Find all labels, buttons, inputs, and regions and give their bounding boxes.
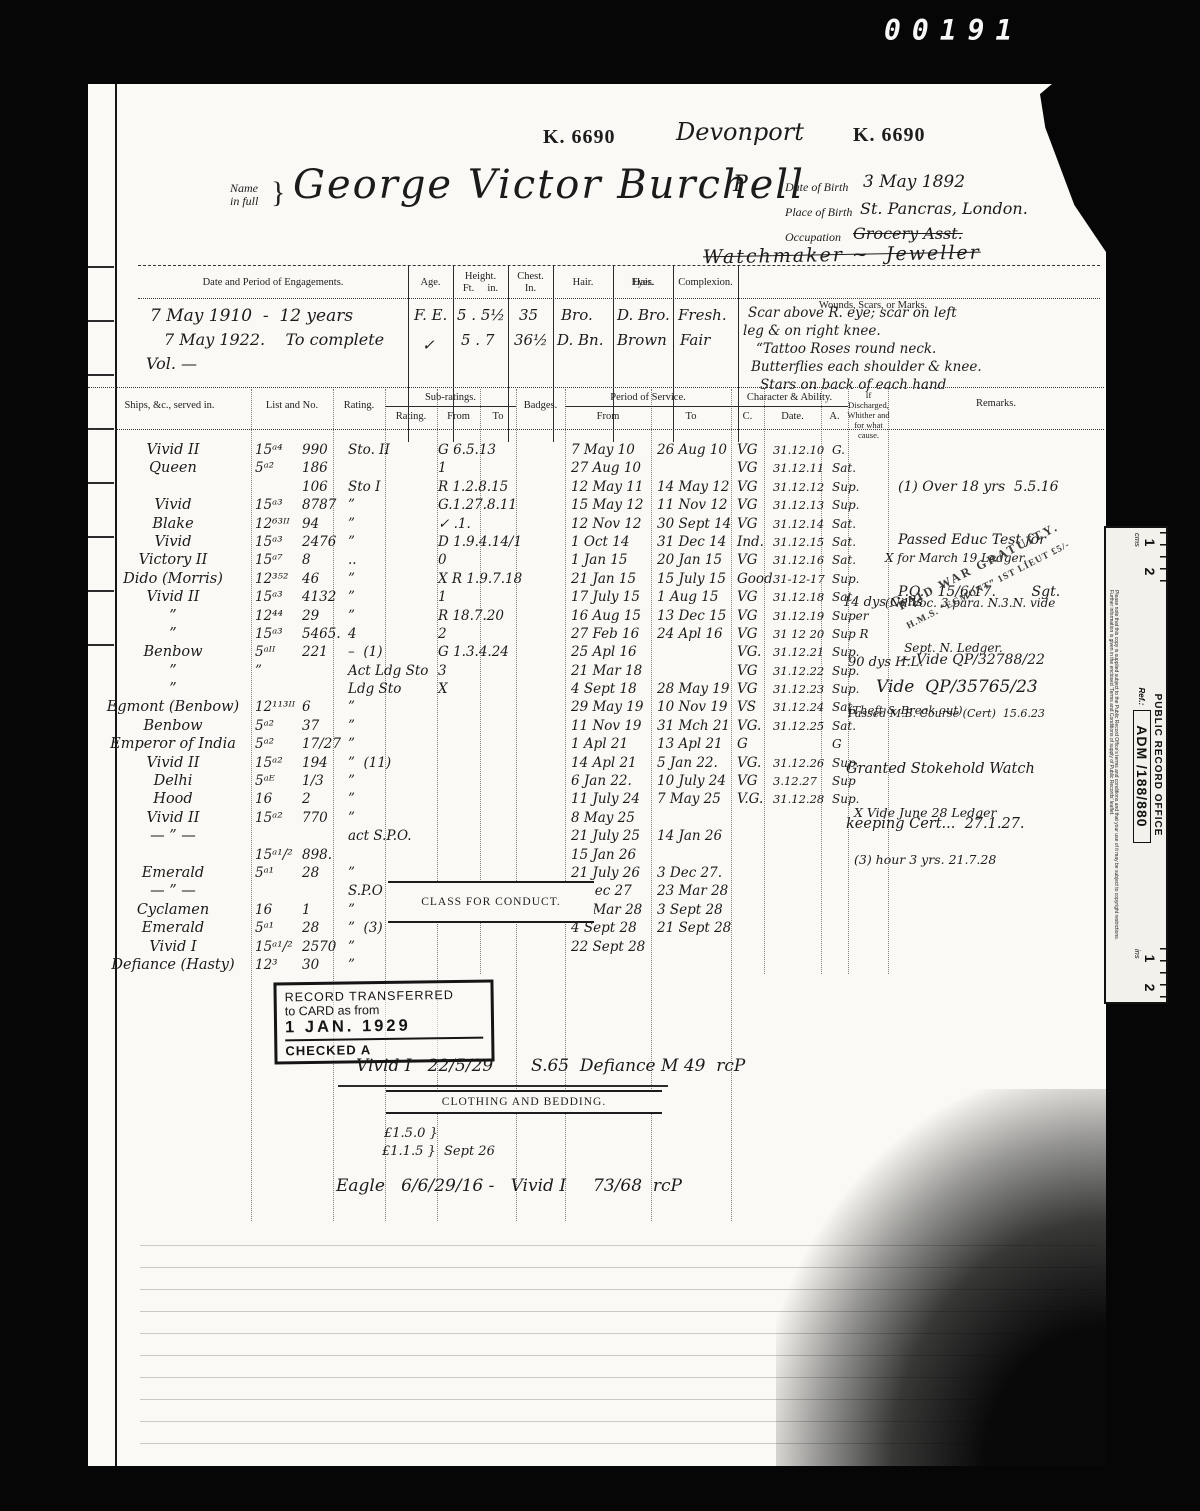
pob-value: St. Pancras, London. <box>860 199 1028 218</box>
character-date: 31.12.23 <box>773 681 831 698</box>
clothing-amount-2: £1.1.5 } Sept 26 <box>382 1144 495 1159</box>
service-to: 10 July 24 <box>657 773 737 790</box>
ability: Sup. <box>832 497 892 514</box>
service-from: 7 May 10 <box>571 442 655 459</box>
underline <box>338 1085 668 1087</box>
rating: Ldg Sto <box>348 681 438 698</box>
character-date: 31.12.22 <box>773 663 831 680</box>
service-to: 13 Dec 15 <box>657 608 737 625</box>
character: VG <box>737 460 771 477</box>
ship-name: Victory II <box>92 552 254 569</box>
service-from: 21 Mar 18 <box>571 663 655 680</box>
ship-name: Benbow <box>92 644 254 661</box>
ship-name: Vivid II <box>92 442 254 459</box>
character-date: 31.12.16 <box>773 552 831 569</box>
character-date: 31.12.14 <box>773 516 831 533</box>
k-number-right: K. 6690 <box>853 124 926 147</box>
ability: Sup. <box>832 479 892 496</box>
ship-name: Vivid II <box>92 810 254 827</box>
port-name: Devonport <box>676 118 804 146</box>
rating: ” <box>348 534 438 551</box>
badges: G 1.3.4.24 <box>438 644 568 661</box>
eagle-note: Eagle 6/6/29/16 - Vivid I 73/68 rcP <box>336 1176 682 1196</box>
service-from: 29 May 19 <box>571 699 655 716</box>
rating: ” <box>348 939 438 956</box>
official-number: 770 <box>302 810 346 827</box>
character: VG <box>737 497 771 514</box>
service-from: 11 Nov 19 <box>571 718 655 735</box>
service-from: 25 Apl 16 <box>571 644 655 661</box>
ship-name: Delhi <box>92 773 254 790</box>
service-to: 15 July 15 <box>657 571 737 588</box>
badges: X <box>438 681 568 698</box>
character-date: 31-12-17 <box>773 571 831 588</box>
character-date: 31.12.21 <box>773 644 831 661</box>
ability: Sat. <box>832 534 892 551</box>
scan-black-corner <box>1040 84 1106 252</box>
ref-value: ADM /188/880 <box>1133 710 1151 842</box>
ship-name: Queen <box>92 460 254 477</box>
pro-terms-text: Please note that this copy is supplied s… <box>1107 590 1118 940</box>
service-from: 1 Oct 14 <box>571 534 655 551</box>
official-number: 4132 <box>302 589 346 606</box>
list-number: 15ᵃ² <box>255 810 301 827</box>
character: V.G. <box>737 791 771 808</box>
name-label: Name in full <box>230 182 258 208</box>
rating: .. <box>348 552 438 569</box>
rating: ” <box>348 516 438 533</box>
ship-name: Emerald <box>92 920 254 937</box>
rating: 4 <box>348 626 438 643</box>
remark-note: Vide QP/35765/23 <box>876 677 1038 698</box>
list-number: 12³ <box>255 957 301 974</box>
service-to: 10 Nov 19 <box>657 699 737 716</box>
pro-office-title: PUBLIC RECORD OFFICE <box>1152 586 1163 944</box>
official-number: 221 <box>302 644 346 661</box>
official-number: 5465. <box>302 626 346 643</box>
character: VG. <box>737 644 771 661</box>
ship-name: Benbow <box>92 718 254 735</box>
character: VG <box>737 663 771 680</box>
official-number: 30 <box>302 957 346 974</box>
rating: ” <box>348 589 438 606</box>
class-for-conduct-header: CLASS FOR CONDUCT. <box>388 881 594 923</box>
service-to: 31 Mch 21 <box>657 718 737 735</box>
service-to: 23 Mar 28 <box>657 883 737 900</box>
service-from: 12 May 11 <box>571 479 655 496</box>
service-to: 13 Apl 21 <box>657 736 737 753</box>
service-to: 28 May 19 <box>657 681 737 698</box>
badges: 1 <box>438 460 568 477</box>
check-mark: ✓ <box>422 336 435 354</box>
rating: ” <box>348 865 438 882</box>
transfer-note: Vivid I 22/5/29 S.65 Defiance M 49 rcP <box>356 1056 745 1076</box>
occupation-label: Occupation <box>785 230 841 245</box>
character: VG <box>737 773 771 790</box>
rating: ” <box>348 736 438 753</box>
list-number: 12³⁵² <box>255 571 301 588</box>
rating: ” <box>348 791 438 808</box>
character: VG. <box>737 755 771 772</box>
badges: R 18.7.20 <box>438 608 568 625</box>
list-number: 12⁶³ᴵᴵ <box>255 516 301 533</box>
service-row: Defiance (Hasty) 12³ 30 ” <box>88 957 1104 975</box>
ship-name: Hood <box>92 791 254 808</box>
character: Good <box>737 571 771 588</box>
remark-note: ~ Vide QP/32788/22 <box>900 652 1045 670</box>
service-from: 4 Sept 18 <box>571 681 655 698</box>
official-number: 8787 <box>302 497 346 514</box>
ship-name: ” <box>92 663 254 680</box>
service-to: 30 Sept 14 <box>657 516 737 533</box>
official-number: 1 <box>302 902 346 919</box>
full-name: George Victor Burchell <box>293 162 805 208</box>
scanned-service-record: 00191 K. 6690 Devonport K. 6690 Name in … <box>0 0 1200 1511</box>
hair-header: Hair. <box>553 277 613 288</box>
rating: Sto I <box>348 479 438 496</box>
ship-name: Emerald <box>92 865 254 882</box>
service-from: 12 Nov 12 <box>571 516 655 533</box>
list-number: ” <box>255 663 301 680</box>
character-date: 31.12.10 <box>773 442 831 459</box>
rating: Act Ldg Sto <box>348 663 438 680</box>
character-date: 31.12.15 <box>773 534 831 551</box>
official-number: 106 <box>302 479 346 496</box>
service-from: 16 Aug 15 <box>571 608 655 625</box>
badges: 2 <box>438 626 568 643</box>
ship-name: Defiance (Hasty) <box>92 957 254 974</box>
service-to: 21 Sept 28 <box>657 920 737 937</box>
ability: G. <box>832 442 892 459</box>
ship-name: ” <box>92 681 254 698</box>
ship-name: Cyclamen <box>92 902 254 919</box>
list-number: 5ᵃ² <box>255 718 301 735</box>
ship-name: Egmont (Benbow) <box>92 699 254 716</box>
character: VG <box>737 479 771 496</box>
service-from: 14 Apl 21 <box>571 755 655 772</box>
ability: Sat. <box>832 552 892 569</box>
occupation-struck: Grocery Asst. <box>853 224 963 243</box>
service-from: 17 July 15 <box>571 589 655 606</box>
character: Ind. <box>737 534 771 551</box>
remark-note: Passed M.B. Course (Cert) 15.6.23 <box>848 707 1045 721</box>
list-number: 16 <box>255 902 301 919</box>
clothing-and-bedding-header: CLOTHING AND BEDDING. <box>386 1090 662 1114</box>
official-number: 2570 <box>302 939 346 956</box>
character-date: 31.12.18 <box>773 589 831 606</box>
list-number: 15ᵃ³ <box>255 534 301 551</box>
list-number: 5ᵃ² <box>255 736 301 753</box>
service-row: Emerald 5ᵃ¹ 28 ” (3) 4 Sept 28 21 Sept 2… <box>88 920 1104 938</box>
service-to: 3 Sept 28 <box>657 902 737 919</box>
service-from: 1 Jan 15 <box>571 552 655 569</box>
service-to: 14 May 12 <box>657 479 737 496</box>
badges: 0 <box>438 552 568 569</box>
service-from: 21 Jan 15 <box>571 571 655 588</box>
character: G <box>737 736 771 753</box>
character: VG <box>737 608 771 625</box>
service-row: Cyclamen 16 1 ” 24 Mar 28 3 Sept 28 <box>88 902 1104 920</box>
service-from: 22 Sept 28 <box>571 939 655 956</box>
rating: act S.P.O. <box>348 828 438 845</box>
badges: 3 <box>438 663 568 680</box>
ship-name: Dido (Morris) <box>92 571 254 588</box>
official-number: 6 <box>302 699 346 716</box>
service-to: 24 Apl 16 <box>657 626 737 643</box>
badges: G 6.5.13 <box>438 442 568 459</box>
service-to: 20 Jan 15 <box>657 552 737 569</box>
list-number: 5ᵃ² <box>255 460 301 477</box>
ship-name: Vivid II <box>92 755 254 772</box>
service-to: 3 Dec 27. <box>657 865 737 882</box>
list-number: 15ᵃ² <box>255 755 301 772</box>
character-date: 31.12.25 <box>773 718 831 735</box>
ship-name: Vivid II <box>92 589 254 606</box>
service-to: 11 Nov 12 <box>657 497 737 514</box>
k-number-left: K. 6690 <box>543 126 616 149</box>
list-number: 12⁴⁴ <box>255 608 301 625</box>
official-number: 28 <box>302 865 346 882</box>
character-date: 31 12 20 <box>773 626 831 643</box>
ship-name: — ” — <box>92 828 254 845</box>
ability: Sup. <box>832 571 892 588</box>
character-date: 31.12.28 <box>773 791 831 808</box>
character-date: 31.12.11 <box>773 460 831 477</box>
service-from: 11 July 24 <box>571 791 655 808</box>
character-date: 31.12.12 <box>773 479 831 496</box>
service-row: Vivid I 15ᵃ¹/² 2570 ” 22 Sept 28 <box>88 939 1104 957</box>
character-date: 31.12.26 <box>773 755 831 772</box>
rating: ” <box>348 718 438 735</box>
character: VG <box>737 516 771 533</box>
dob-value: 3 May 1892 <box>863 172 965 192</box>
cm-ruler: 1 2 cms <box>1106 528 1166 586</box>
list-number: 16 <box>255 791 301 808</box>
service-from: 6 Jan 22. <box>571 773 655 790</box>
rating: ” <box>348 497 438 514</box>
service-from: 21 July 25 <box>571 828 655 845</box>
official-number: 28 <box>302 920 346 937</box>
list-number: 12¹¹³ᴵᴵ <box>255 699 301 716</box>
service-from: 21 July 26 <box>571 865 655 882</box>
list-number: 5ᵃ¹ <box>255 865 301 882</box>
rating: – (1) <box>348 644 438 661</box>
record-page: K. 6690 Devonport K. 6690 Name in full }… <box>88 84 1106 1466</box>
service-to: 31 Dec 14 <box>657 534 737 551</box>
list-number: 5ᵃᴱ <box>255 773 301 790</box>
ship-name: Vivid <box>92 497 254 514</box>
rating: ” <box>348 699 438 716</box>
rating: ” <box>348 773 438 790</box>
service-to: 14 Jan 26 <box>657 828 737 845</box>
service-from: 27 Feb 16 <box>571 626 655 643</box>
rating: ” <box>348 608 438 625</box>
remark-note: X Vide June 28 Ledger (3) hour 3 yrs. 21… <box>854 774 997 899</box>
character-date: 31.12.19 <box>773 608 831 625</box>
official-number: 37 <box>302 718 346 735</box>
discharged-header: If Discharged, Whither and for what caus… <box>847 390 890 440</box>
character: VG. <box>737 718 771 735</box>
rating: ” <box>348 810 438 827</box>
character-date: 3.12.27 <box>773 773 831 790</box>
official-number: 898. <box>302 847 346 864</box>
official-number: 2476 <box>302 534 346 551</box>
service-from: 27 Aug 10 <box>571 460 655 477</box>
record-transferred-stamp: RECORD TRANSFERRED to CARD as from 1 JAN… <box>273 979 494 1064</box>
service-from: 1 Apl 21 <box>571 736 655 753</box>
badges: G.1.27.8.11 <box>438 497 568 514</box>
official-number: 1/3 <box>302 773 346 790</box>
badges: 1 <box>438 589 568 606</box>
list-number: 5ᵃ¹ <box>255 920 301 937</box>
list-number: 15ᵃ¹/² <box>255 939 301 956</box>
ability: Sat. <box>832 460 892 477</box>
list-number: 15ᵃ³ <box>255 589 301 606</box>
pob-label: Place of Birth <box>785 205 852 220</box>
rating: ” <box>348 571 438 588</box>
list-number: 15ᵃ⁷ <box>255 552 301 569</box>
badges: ✓ .1. <box>438 516 568 533</box>
inch-ruler: 1 2 ins <box>1106 944 1166 1002</box>
dob-label: Date of Birth <box>785 180 848 195</box>
badges: X R 1.9.7.18 <box>438 571 568 588</box>
official-number: 186 <box>302 460 346 477</box>
ship-name: Vivid I <box>92 939 254 956</box>
character: VG <box>737 589 771 606</box>
list-number: 15ᵃ³ <box>255 497 301 514</box>
rating: ” (11) <box>348 755 438 772</box>
badges: R 1.2.8.15 <box>438 479 568 496</box>
official-number: 46 <box>302 571 346 588</box>
service-to: 26 Aug 10 <box>657 442 737 459</box>
official-number: 8 <box>302 552 346 569</box>
list-number: 15ᵃ¹/² <box>255 847 301 864</box>
character: VG <box>737 442 771 459</box>
official-number: 194 <box>302 755 346 772</box>
badges: D 1.9.4.14/1 <box>438 534 568 551</box>
character: VG <box>737 552 771 569</box>
name-suffix: P <box>733 172 748 197</box>
ship-name: — ” — <box>92 883 254 900</box>
list-number: 15ᵃ³ <box>255 626 301 643</box>
ship-name: Emperor of India <box>92 736 254 753</box>
name-brace: } <box>271 176 285 210</box>
pro-reference-label: 1 2 cms PUBLIC RECORD OFFICE Ref.: ADM /… <box>1104 526 1168 1004</box>
service-from: 15 May 12 <box>571 497 655 514</box>
rating: Sto. II <box>348 442 438 459</box>
official-number: 990 <box>302 442 346 459</box>
character: VS <box>737 699 771 716</box>
service-from: 15 Jan 26 <box>571 847 655 864</box>
ship-name: Blake <box>92 516 254 533</box>
ship-name: Vivid <box>92 534 254 551</box>
character: VG <box>737 681 771 698</box>
ship-name: ” <box>92 626 254 643</box>
official-number: 2 <box>302 791 346 808</box>
frame-number: 00191 <box>884 14 1023 47</box>
list-number: 15ᵃ⁴ <box>255 442 301 459</box>
service-to: 1 Aug 15 <box>657 589 737 606</box>
ship-name: ” <box>92 608 254 625</box>
official-number: 17/27 <box>302 736 346 753</box>
clothing-amount-1: £1.5.0 } <box>384 1126 438 1141</box>
scan-noise-corner <box>776 1089 1106 1466</box>
service-from: 8 May 25 <box>571 810 655 827</box>
official-number: 29 <box>302 608 346 625</box>
ref-label: Ref.: <box>1138 687 1147 705</box>
official-number: 94 <box>302 516 346 533</box>
service-to: 7 May 25 <box>657 791 737 808</box>
rating: ” <box>348 957 438 974</box>
character: VG <box>737 626 771 643</box>
service-to: 5 Jan 22. <box>657 755 737 772</box>
ability: Sat. <box>832 516 892 533</box>
list-number: 5ᵃᴵᴵ <box>255 644 301 661</box>
character-date: 31.12.24 <box>773 699 831 716</box>
character-date: 31.12.13 <box>773 497 831 514</box>
